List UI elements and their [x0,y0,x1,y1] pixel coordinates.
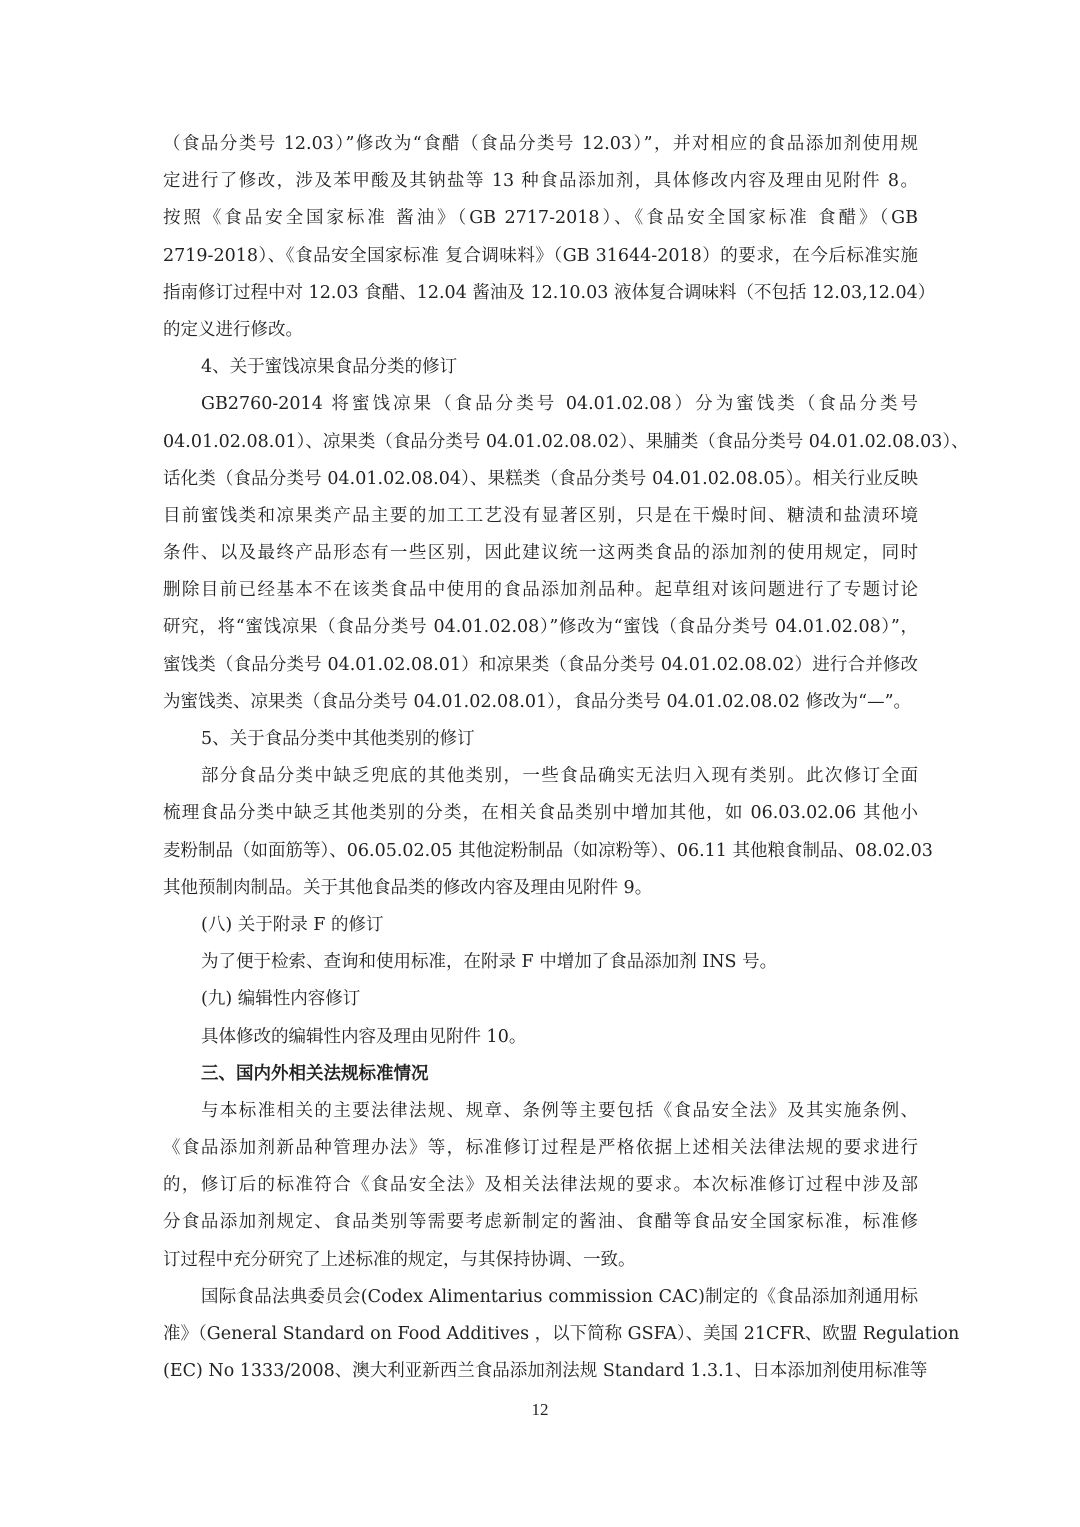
text-line: 的，修订后的标准符合《食品安全法》及相关法律法规的要求。本次标准修订过程中涉及部 [163,1167,918,1204]
text-line: 话化类（食品分类号 04.01.02.08.04）、果糕类（食品分类号 04.0… [163,461,918,498]
text-line: 具体修改的编辑性内容及理由见附件 10。 [163,1019,918,1056]
document-page: （食品分类号 12.03）”修改为“食醋（食品分类号 12.03）”，并对相应的… [0,0,1080,1527]
text-line: 研究，将“蜜饯凉果（食品分类号 04.01.02.08）”修改为“蜜饯（食品分类… [163,609,918,646]
text-line: 为了便于检索、查询和使用标准，在附录 F 中增加了食品添加剂 INS 号。 [163,944,918,981]
text-line: 2719-2018）、《食品安全国家标准 复合调味料》（GB 31644-201… [163,238,918,275]
text-line: 《食品添加剂新品种管理办法》等，标准修订过程是严格依据上述相关法律法规的要求进行 [163,1130,918,1167]
text-line: 准》（General Standard on Food Additives ，以… [163,1316,918,1353]
section-heading: 三、国内外相关法规标准情况 [163,1056,918,1093]
page-number: 12 [0,1400,1080,1420]
text-line: (EC) No 1333/2008、澳大利亚新西兰食品添加剂法规 Standar… [163,1353,918,1390]
text-line: 的定义进行修改。 [163,312,918,349]
text-line: (八) 关于附录 F 的修订 [163,907,918,944]
text-line: 04.01.02.08.01）、凉果类（食品分类号 04.01.02.08.02… [163,424,918,461]
text-line: 5、关于食品分类中其他类别的修订 [163,721,918,758]
text-line: 蜜饯类（食品分类号 04.01.02.08.01）和凉果类（食品分类号 04.0… [163,647,918,684]
text-line: 目前蜜饯类和凉果类产品主要的加工工艺没有显著区别，只是在干燥时间、糖渍和盐渍环境 [163,498,918,535]
text-line: 删除目前已经基本不在该类食品中使用的食品添加剂品种。起草组对该问题进行了专题讨论 [163,572,918,609]
text-line: (九) 编辑性内容修订 [163,981,918,1018]
text-line: 麦粉制品（如面筋等）、06.05.02.05 其他淀粉制品（如凉粉等）、06.1… [163,833,918,870]
text-line: 国际食品法典委员会(Codex Alimentarius commission … [163,1279,918,1316]
text-line: 4、关于蜜饯凉果食品分类的修订 [163,349,918,386]
text-line: （食品分类号 12.03）”修改为“食醋（食品分类号 12.03）”，并对相应的… [163,126,918,163]
text-line: 梳理食品分类中缺乏其他类别的分类，在相关食品类别中增加其他，如 06.03.02… [163,795,918,832]
document-body: （食品分类号 12.03）”修改为“食醋（食品分类号 12.03）”，并对相应的… [163,126,918,1390]
text-line: 为蜜饯类、凉果类（食品分类号 04.01.02.08.01），食品分类号 04.… [163,684,918,721]
text-line: 条件、以及最终产品形态有一些区别，因此建议统一这两类食品的添加剂的使用规定，同时 [163,535,918,572]
text-line: 指南修订过程中对 12.03 食醋、12.04 酱油及 12.10.03 液体复… [163,275,918,312]
text-line: 分食品添加剂规定、食品类别等需要考虑新制定的酱油、食醋等食品安全国家标准，标准修 [163,1204,918,1241]
text-line: 与本标准相关的主要法律法规、规章、条例等主要包括《食品安全法》及其实施条例、 [163,1093,918,1130]
text-line: 其他预制肉制品。关于其他食品类的修改内容及理由见附件 9。 [163,870,918,907]
text-line: GB2760-2014 将蜜饯凉果（食品分类号 04.01.02.08）分为蜜饯… [163,386,918,423]
text-line: 订过程中充分研究了上述标准的规定，与其保持协调、一致。 [163,1242,918,1279]
text-line: 按照《食品安全国家标准 酱油》（GB 2717-2018）、《食品安全国家标准 … [163,200,918,237]
text-line: 部分食品分类中缺乏兜底的其他类别，一些食品确实无法归入现有类别。此次修订全面 [163,758,918,795]
text-line: 定进行了修改，涉及苯甲酸及其钠盐等 13 种食品添加剂，具体修改内容及理由见附件… [163,163,918,200]
